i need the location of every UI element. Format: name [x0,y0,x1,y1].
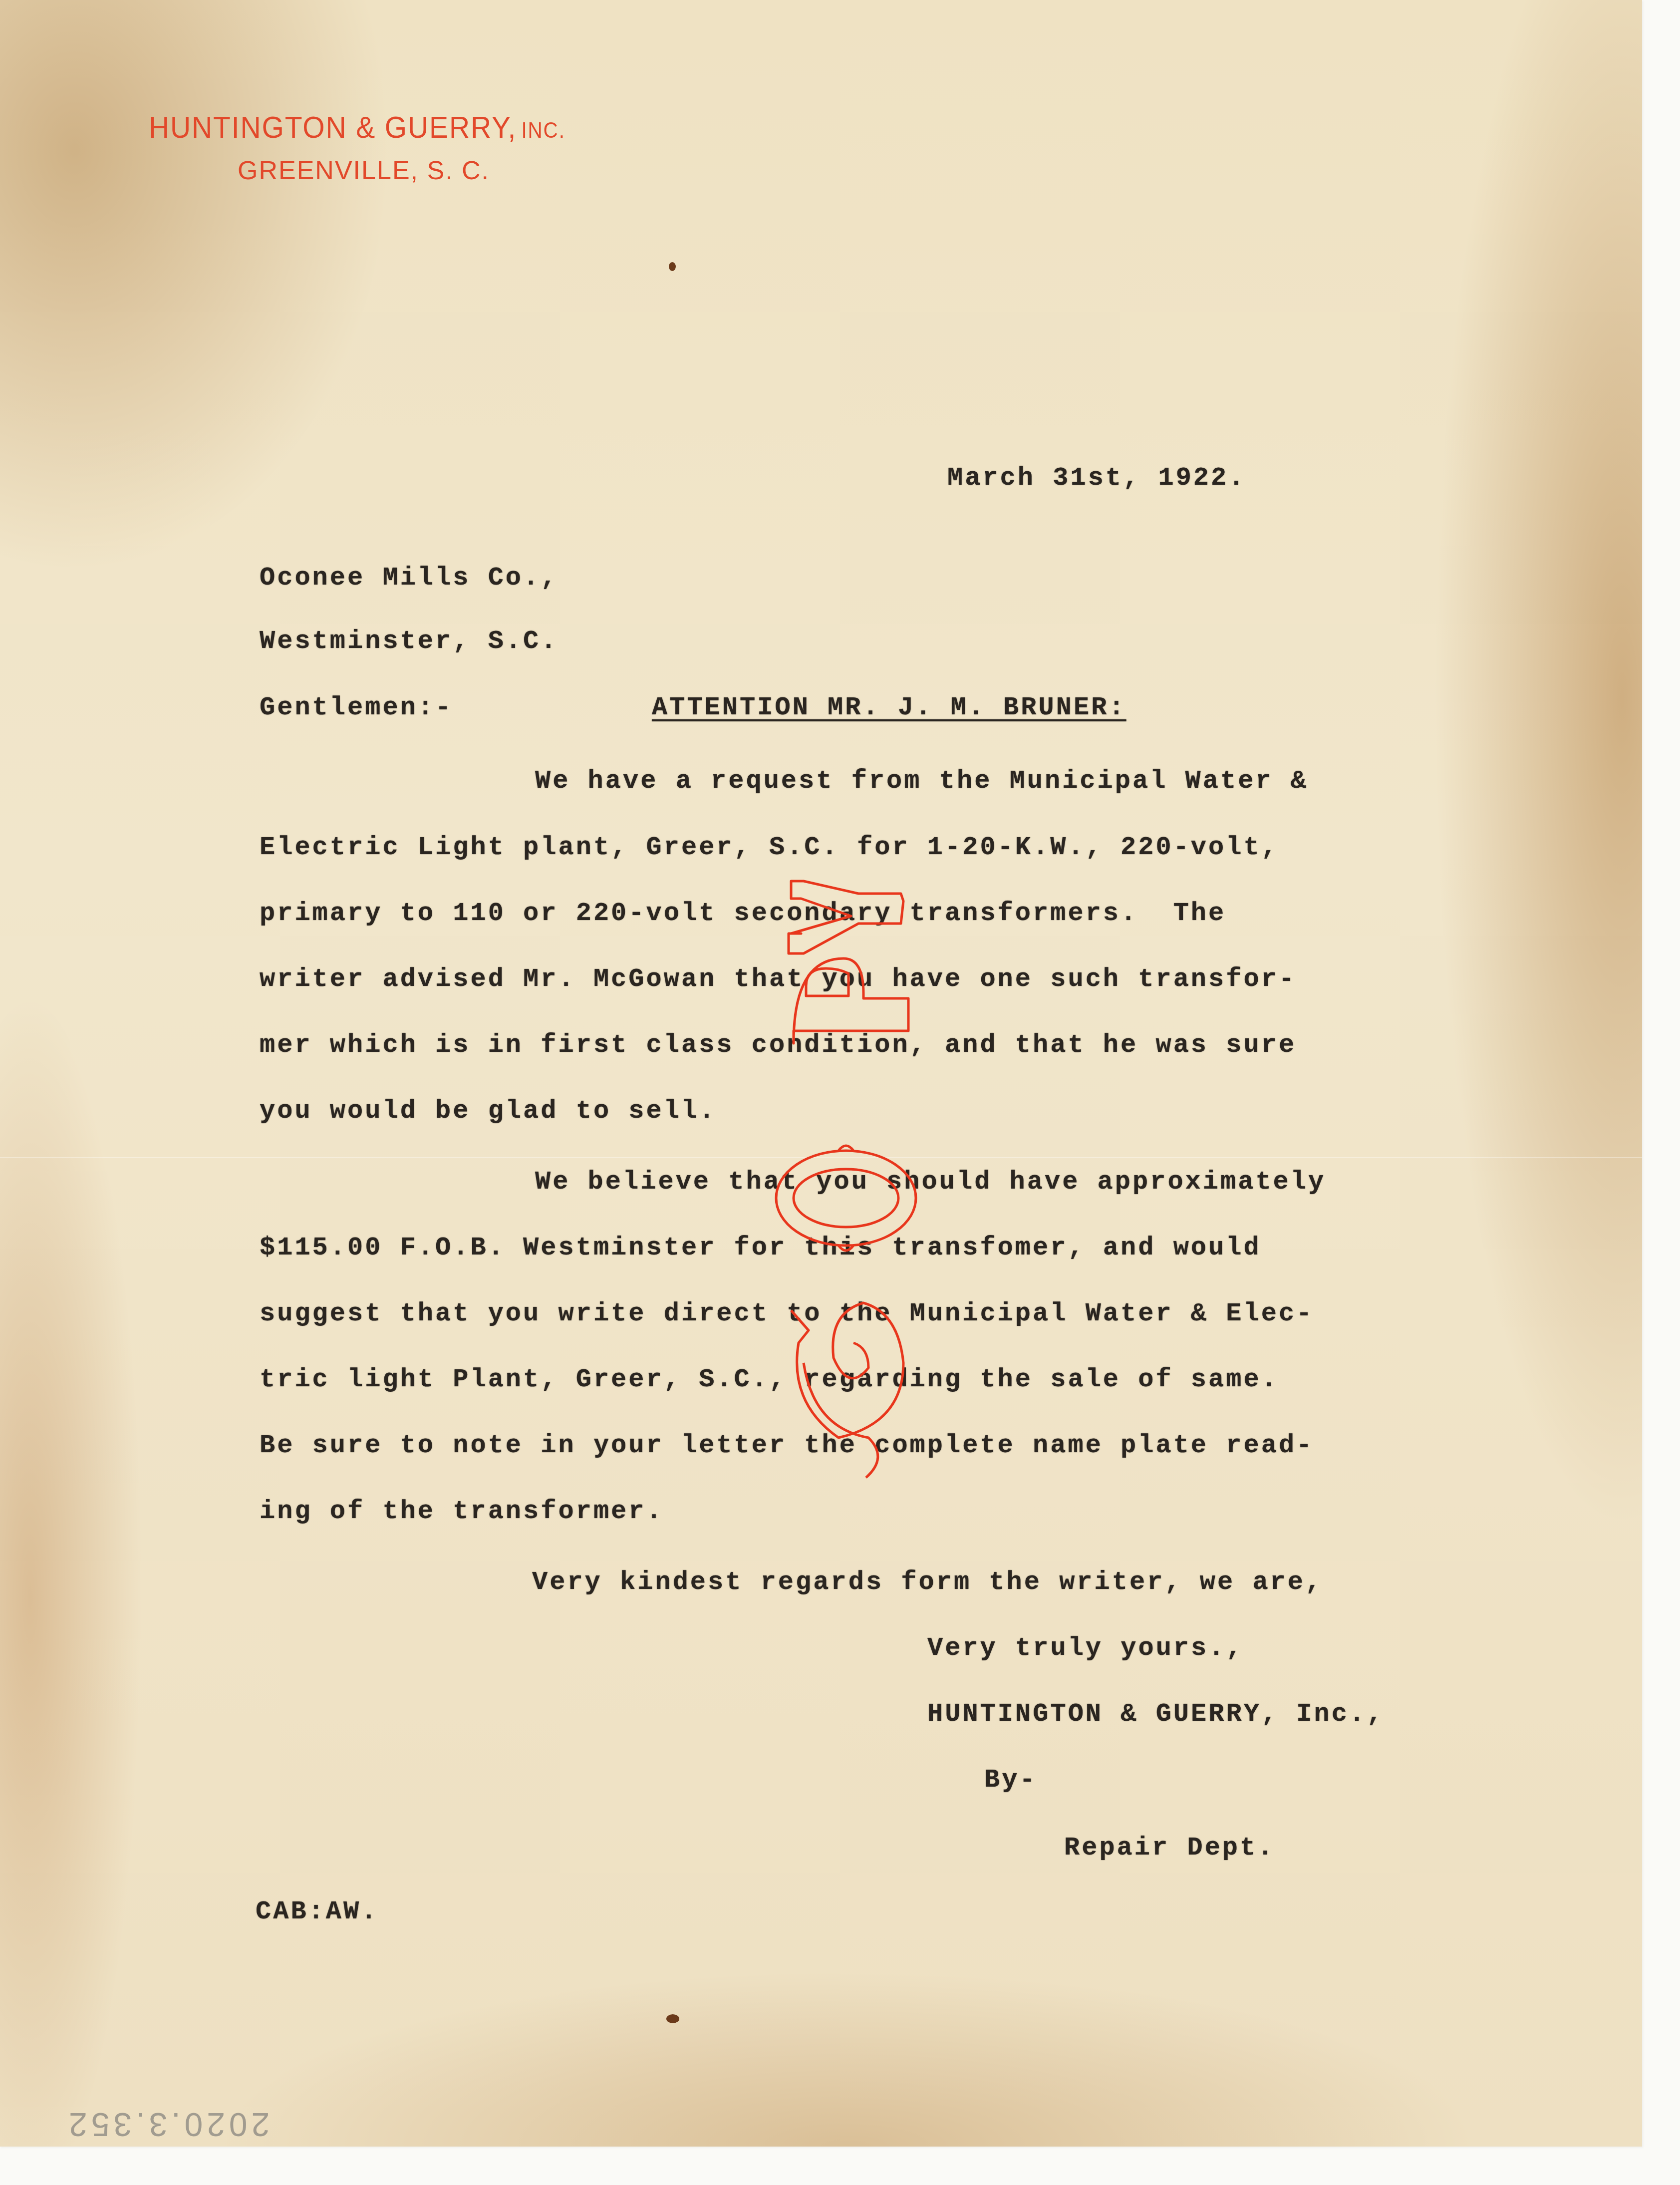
recipient-address: Westminster, S.C. [260,626,559,656]
recipient-name: Oconee Mills Co., [260,563,559,593]
letter-date: March 31st, 1922. [947,463,1246,493]
complimentary-close: Very truly yours., [927,1633,1244,1663]
paragraph-2-line: ing of the transformer. [260,1497,664,1526]
letterhead-city: GREENVILLE, S. C. [238,156,490,186]
copy-stamp-icon [739,864,928,1523]
signature-company: HUNTINGTON & GUERRY, Inc., [927,1699,1384,1729]
accession-number: 2020.3.352 [65,2106,270,2144]
salutation: Gentlemen:- [260,693,453,722]
copy-stamp [739,864,928,1523]
paragraph-1-line: you would be glad to sell. [260,1096,716,1126]
paragraph-1-line: Electric Light plant, Greer, S.C. for 1-… [260,833,1279,862]
reference-initials: CAB:AW. [256,1897,378,1926]
letter-page: HUNTINGTON & GUERRY,INC. GREENVILLE, S. … [0,0,1642,2147]
paragraph-1-line: We have a request from the Municipal Wat… [535,766,1308,796]
attention-line: ATTENTION MR. J. M. BRUNER: [652,693,1126,722]
paper-speck [669,262,676,271]
letterhead-company: HUNTINGTON & GUERRY,INC. [149,110,565,145]
signature-by: By- [984,1765,1037,1795]
paper-speck [666,2014,679,2023]
closing-line: Very kindest regards form the writer, we… [532,1567,1323,1597]
letterhead-company-suffix: INC. [521,118,565,143]
letterhead-company-name: HUNTINGTON & GUERRY, [149,110,517,145]
signature-department: Repair Dept. [1064,1833,1275,1863]
paragraph-2-line: We believe that you should have approxim… [535,1167,1326,1197]
